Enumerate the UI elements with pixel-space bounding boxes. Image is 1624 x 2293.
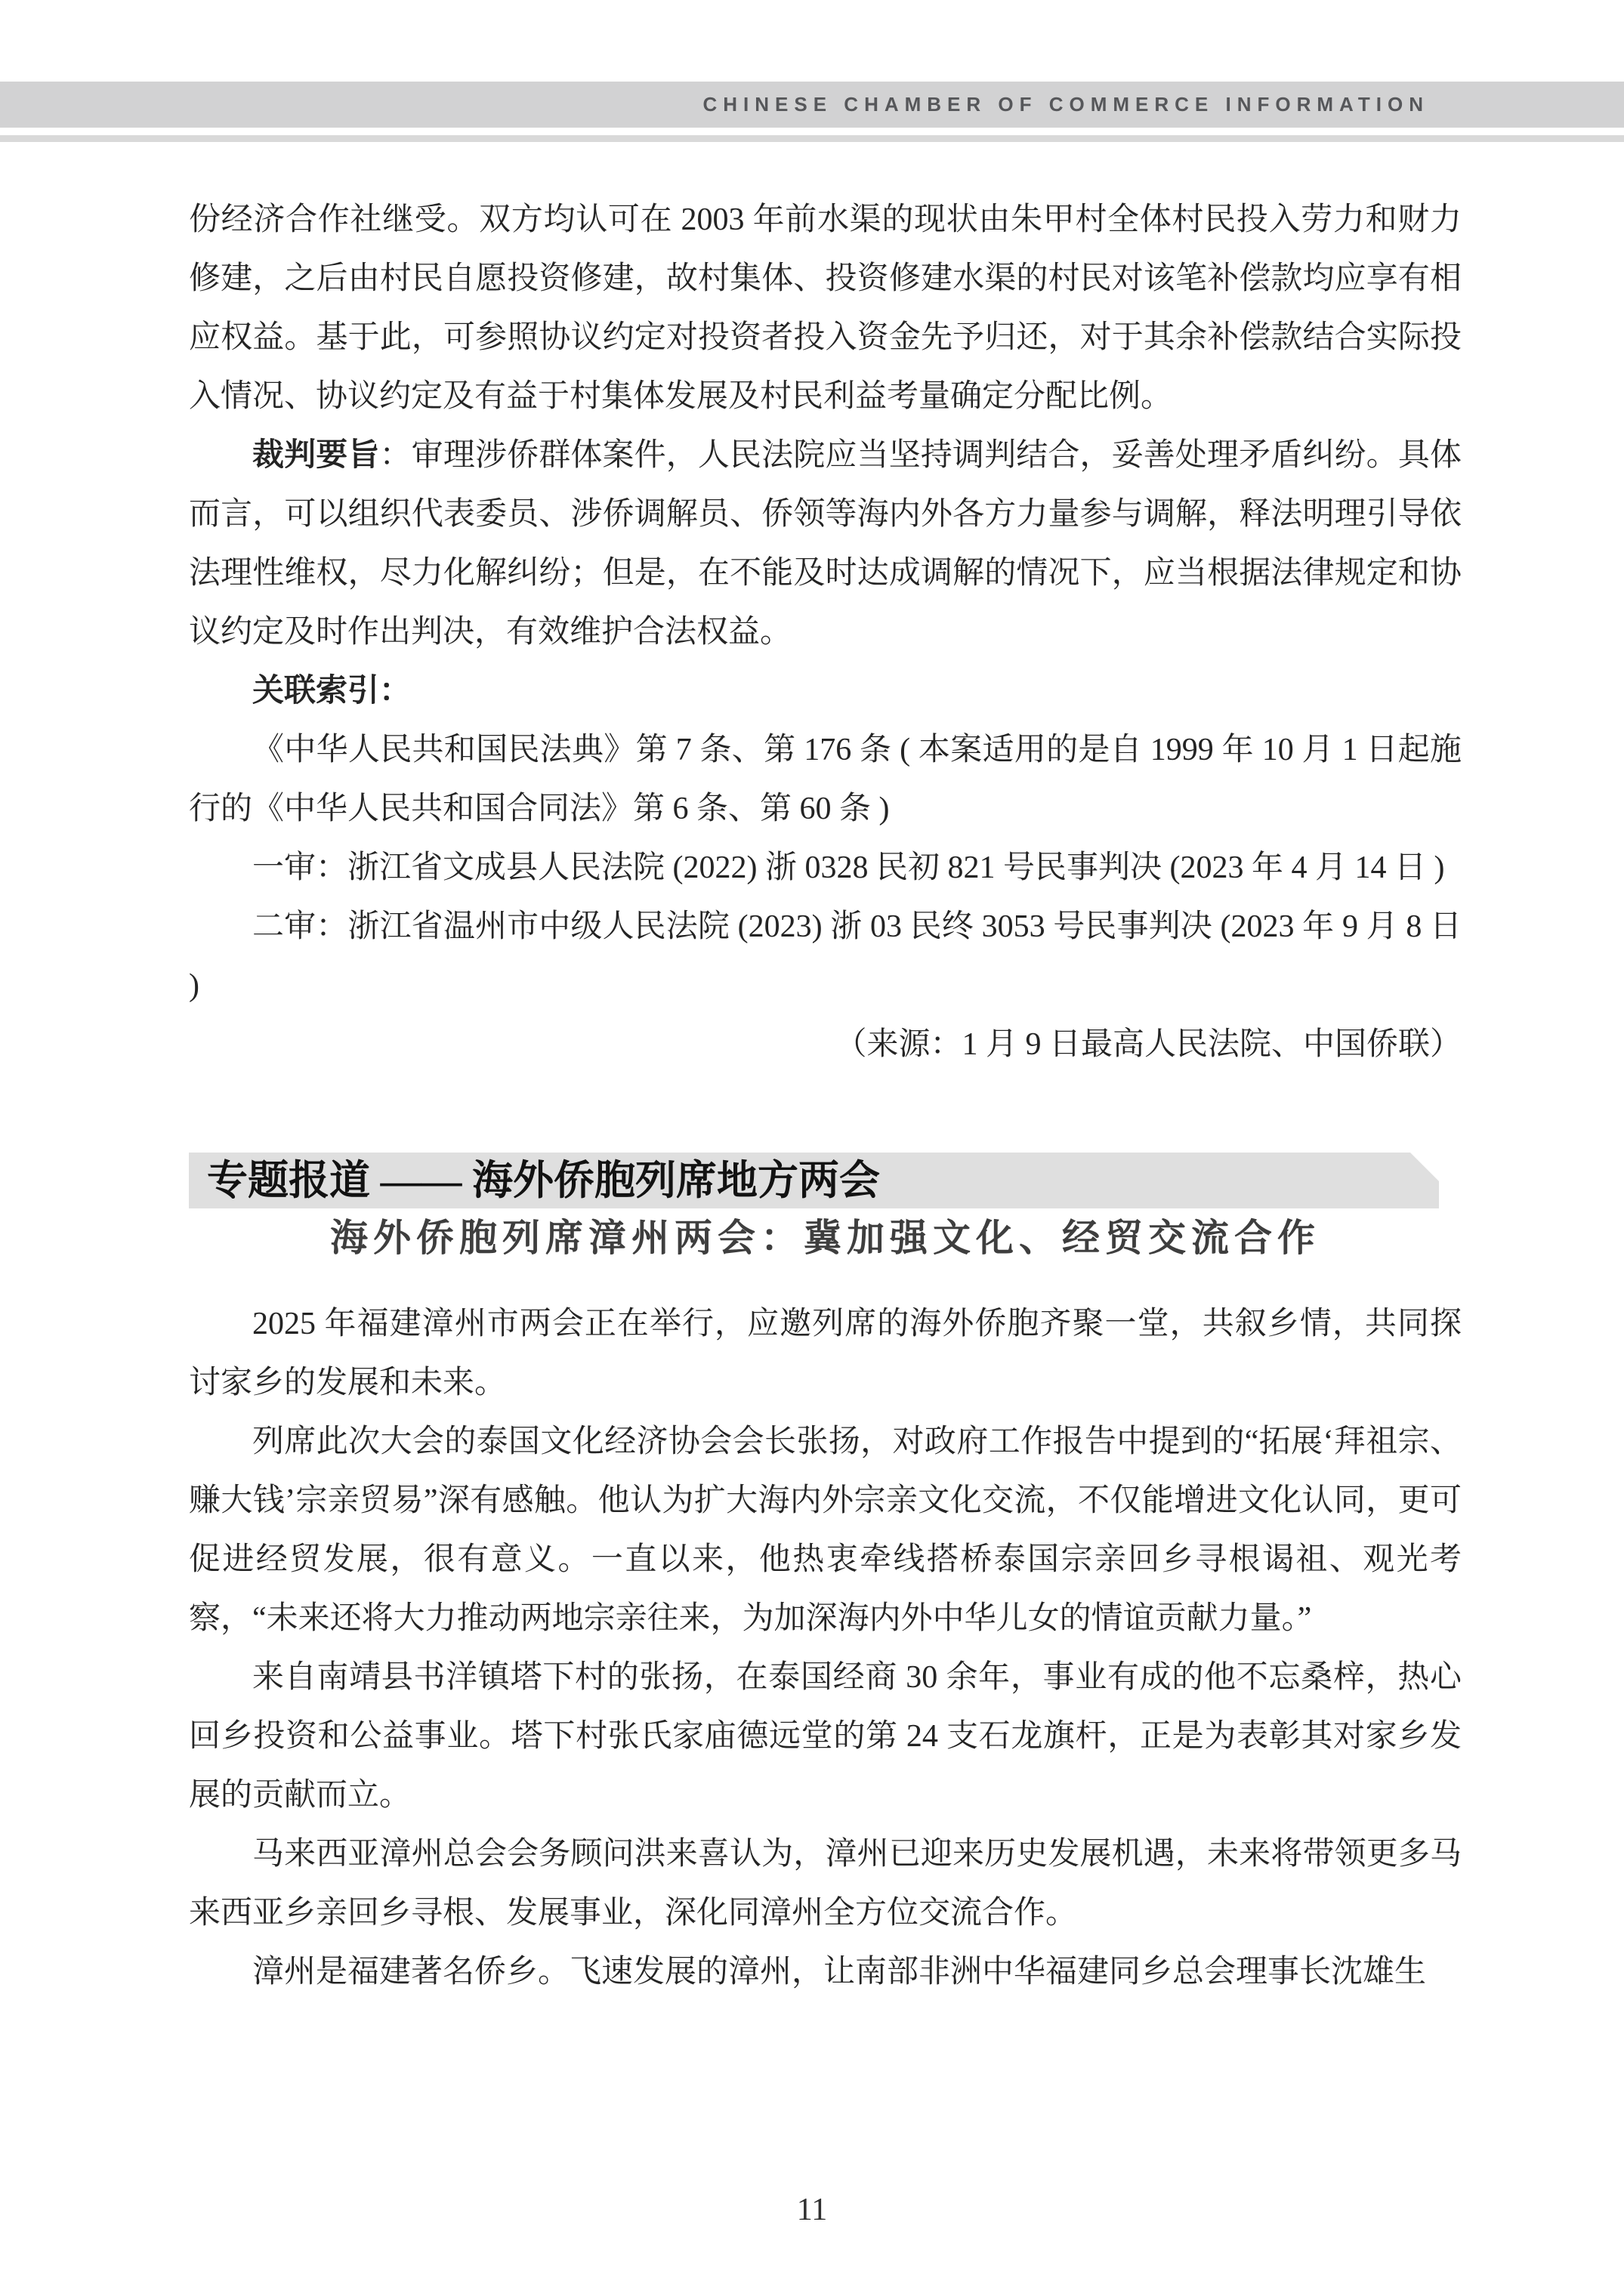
document-page: CHINESE CHAMBER OF COMMERCE INFORMATION … bbox=[0, 0, 1624, 2293]
article-title: 海外侨胞列席漳州两会：冀加强文化、经贸交流合作 bbox=[189, 1208, 1462, 1267]
page-content: 份经济合作社继受。双方均认可在 2003 年前水渠的现状由朱甲村全体村民投入劳力… bbox=[189, 190, 1462, 2001]
related-index-statute: 《中华人民共和国民法典》第 7 条、第 176 条 ( 本案适用的是自 1999… bbox=[189, 721, 1462, 838]
article-paragraph: 来自南靖县书洋镇塔下村的张扬，在泰国经商 30 余年，事业有成的他不忘桑梓，热心… bbox=[189, 1648, 1462, 1825]
ruling-summary-paragraph: 裁判要旨：审理涉侨群体案件，人民法院应当坚持调判结合，妥善处理矛盾纠纷。具体而言… bbox=[189, 426, 1462, 662]
related-index-label: 关联索引： bbox=[189, 662, 1462, 721]
masthead-rule bbox=[0, 135, 1624, 142]
page-number: 11 bbox=[0, 2192, 1624, 2228]
ruling-summary-text: ：审理涉侨群体案件，人民法院应当坚持调判结合，妥善处理矛盾纠纷。具体而言，可以组… bbox=[189, 438, 1462, 650]
article-paragraph: 列席此次大会的泰国文化经济协会会长张扬，对政府工作报告中提到的“拓展‘拜祖宗、赚… bbox=[189, 1412, 1462, 1648]
section-banner-title: 专题报道 —— 海外侨胞列席地方两会 bbox=[189, 1153, 1439, 1208]
masthead-band: CHINESE CHAMBER OF COMMERCE INFORMATION bbox=[0, 82, 1624, 128]
article-paragraph: 2025 年福建漳州市两会正在举行，应邀列席的海外侨胞齐聚一堂，共叙乡情，共同探… bbox=[189, 1295, 1462, 1412]
ruling-summary-label: 裁判要旨 bbox=[252, 438, 380, 473]
second-instance-judgment: 二审：浙江省温州市中级人民法院 (2023) 浙 03 民终 3053 号民事判… bbox=[189, 897, 1462, 1015]
article-paragraph: 马来西亚漳州总会会务顾问洪来喜认为，漳州已迎来历史发展机遇，未来将带领更多马来西… bbox=[189, 1825, 1462, 1943]
paragraph-continuation: 份经济合作社继受。双方均认可在 2003 年前水渠的现状由朱甲村全体村民投入劳力… bbox=[189, 190, 1462, 426]
article-paragraph: 漳州是福建著名侨乡。飞速发展的漳州，让南部非洲中华福建同乡总会理事长沈雄生 bbox=[189, 1943, 1462, 2001]
section-banner: 专题报道 —— 海外侨胞列席地方两会 bbox=[189, 1153, 1439, 1208]
masthead-text: CHINESE CHAMBER OF COMMERCE INFORMATION bbox=[702, 82, 1429, 128]
source-attribution: （来源：1 月 9 日最高人民法院、中国侨联） bbox=[189, 1015, 1462, 1074]
first-instance-judgment: 一审：浙江省文成县人民法院 (2022) 浙 0328 民初 821 号民事判决… bbox=[189, 838, 1462, 897]
